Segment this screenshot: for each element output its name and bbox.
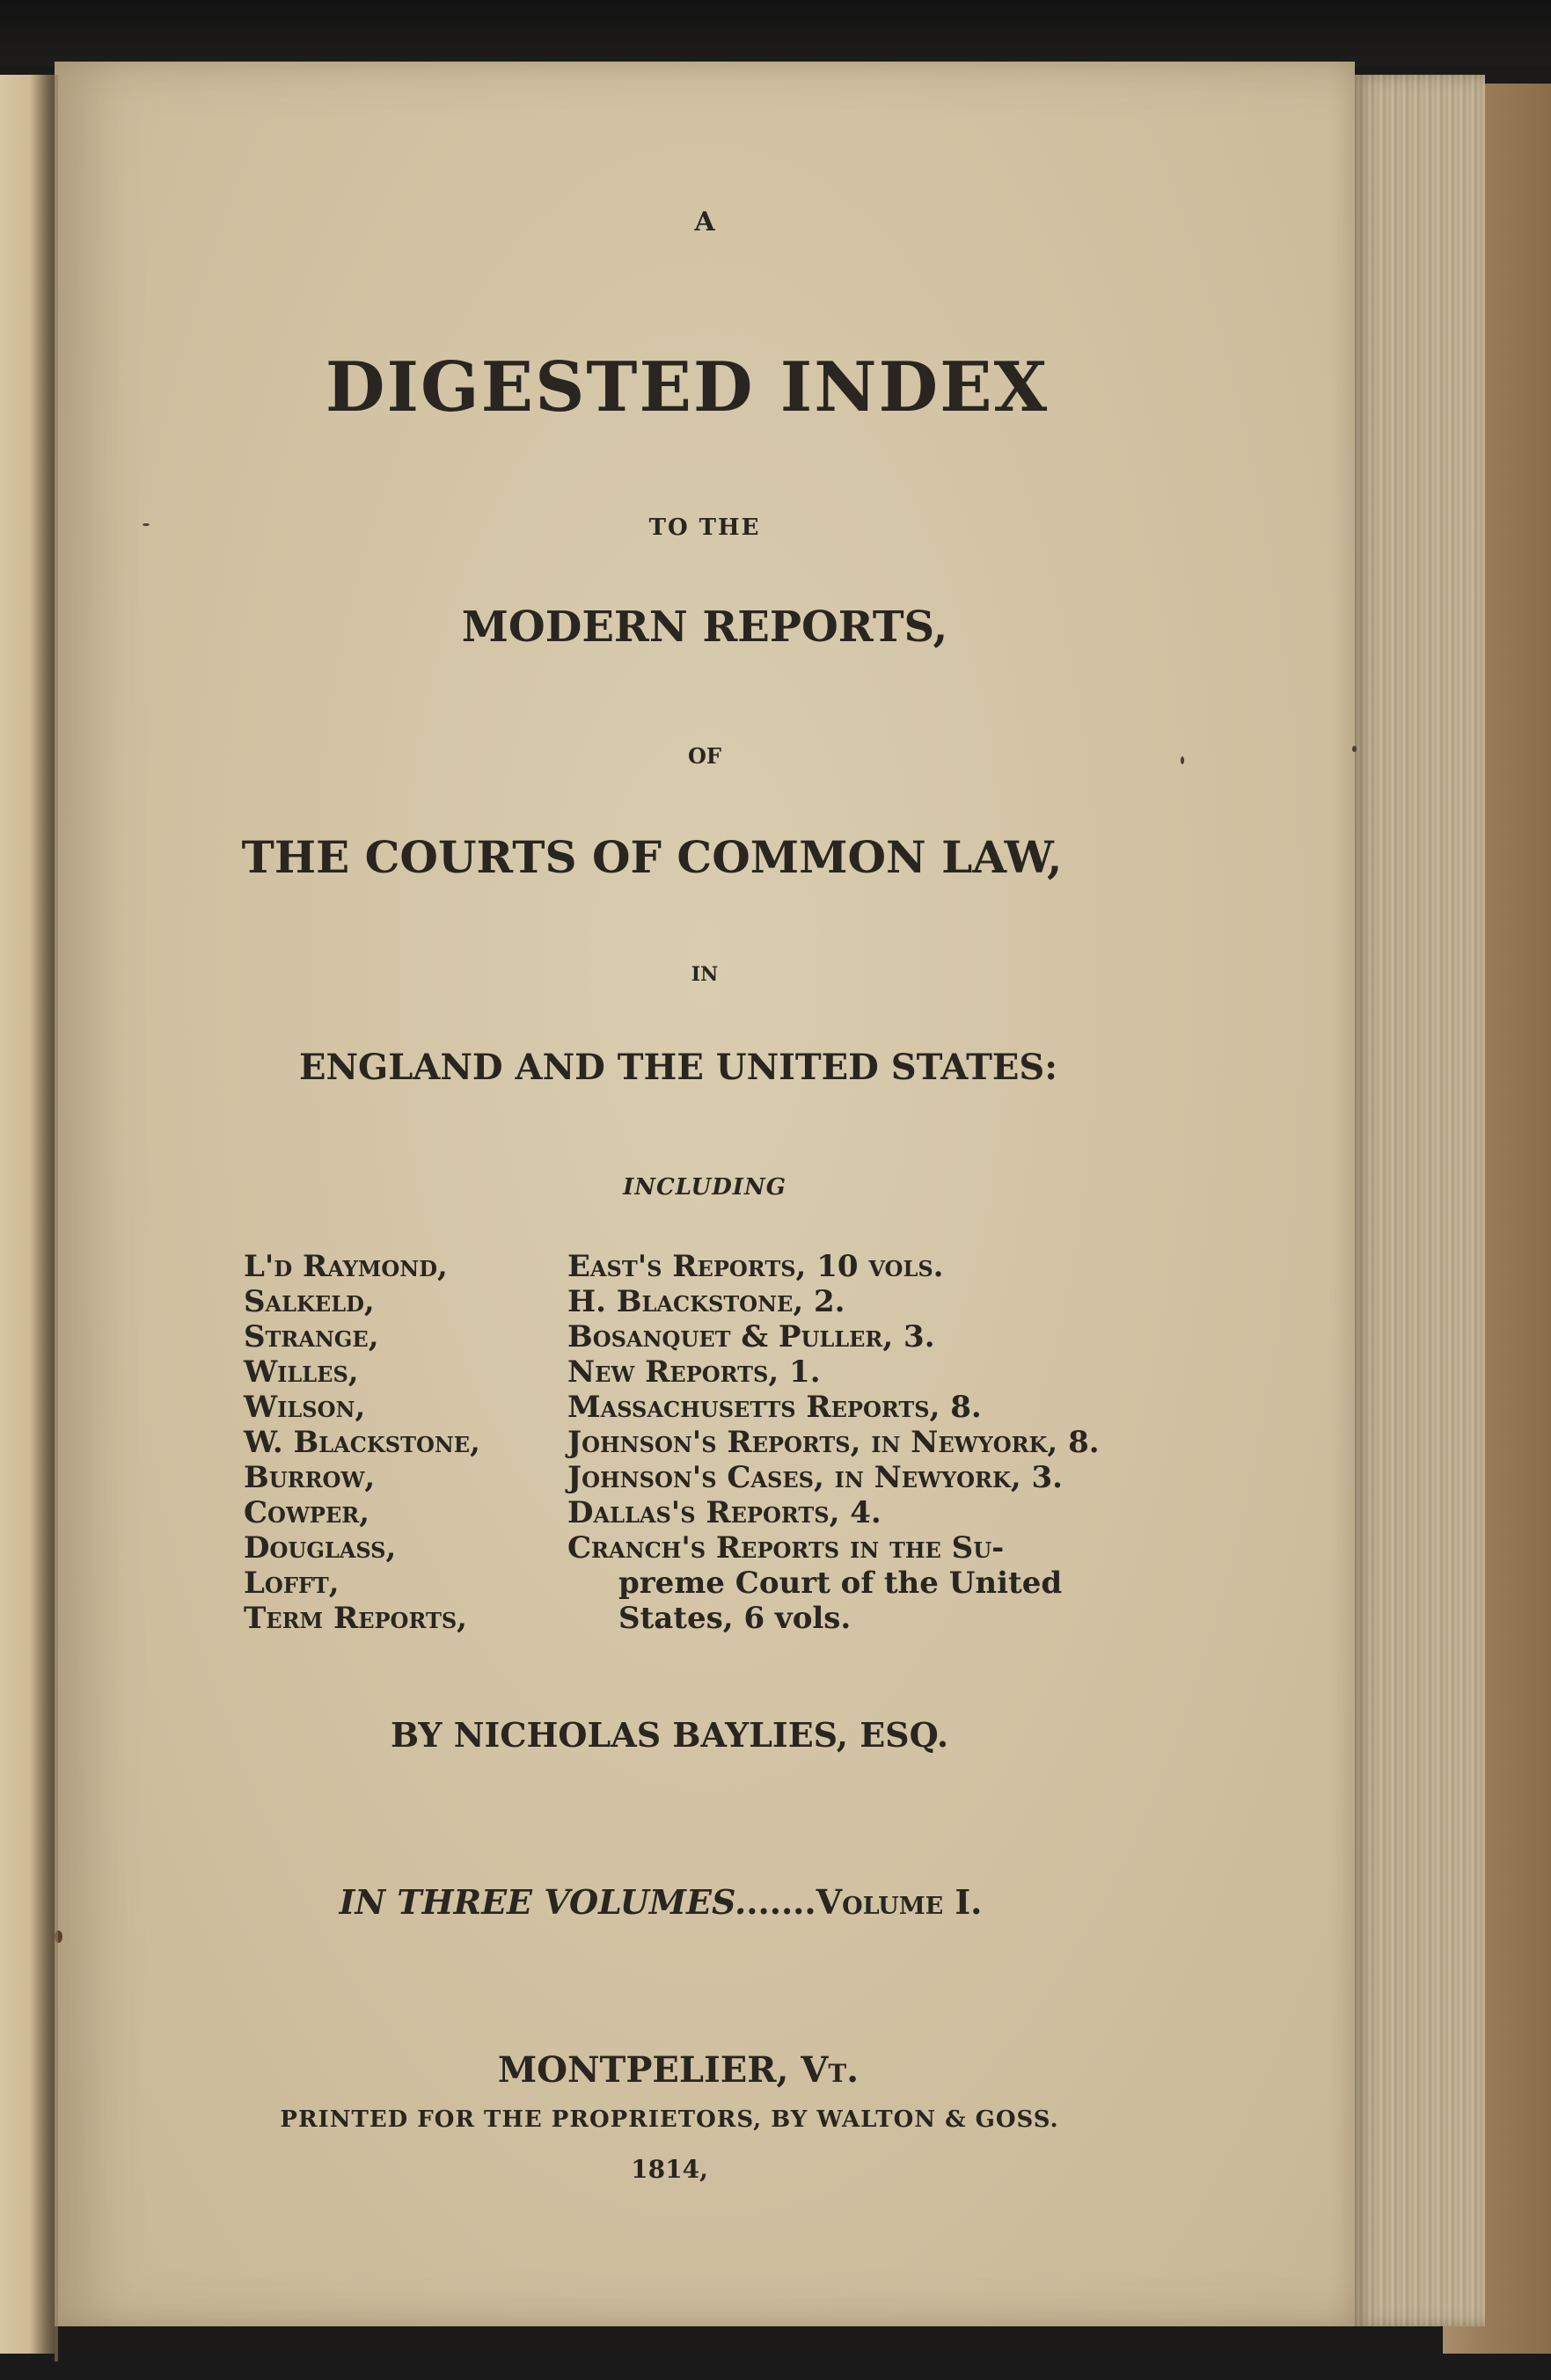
- imprint-year: 1814,: [19, 2155, 1320, 2184]
- title-main: DIGESTED INDEX: [37, 347, 1337, 427]
- report-item: L'd Raymond,: [244, 1249, 560, 1284]
- report-item: Dallas's Reports, 4.: [567, 1495, 1218, 1530]
- title-connector-in: IN: [55, 963, 1355, 986]
- report-item: Term Reports,: [244, 1601, 560, 1636]
- imprint-printer: PRINTED FOR THE PROPRIETORS, BY WALTON &…: [19, 2106, 1320, 2133]
- report-item: Strange,: [244, 1319, 560, 1354]
- report-item-continuation: States, 6 vols.: [567, 1601, 1218, 1636]
- title-courts: THE COURTS OF COMMON LAW,: [2, 831, 1302, 883]
- report-item: East's Reports, 10 vols.: [567, 1249, 1218, 1284]
- author-line: BY NICHOLAS BAYLIES, ESQ.: [19, 1715, 1320, 1755]
- report-item: W. Blackstone,: [244, 1425, 560, 1460]
- report-item: Cowper,: [244, 1495, 560, 1530]
- volumes-count: IN THREE VOLUMES.: [340, 1882, 747, 1922]
- report-item: Douglass,: [244, 1530, 560, 1566]
- reports-left-column: L'd Raymond, Salkeld, Strange, Willes, W…: [244, 1249, 560, 1636]
- report-item: Willes,: [244, 1354, 560, 1390]
- report-item: Salkeld,: [244, 1284, 560, 1319]
- title-subject: MODERN REPORTS,: [55, 602, 1355, 652]
- title-jurisdiction: ENGLAND AND THE UNITED STATES:: [28, 1047, 1328, 1088]
- report-item-continuation: preme Court of the United: [567, 1566, 1218, 1601]
- title-article: A: [55, 207, 1355, 237]
- scan-background-top: [0, 0, 1551, 66]
- paper-speck: [1352, 746, 1357, 752]
- reports-right-column: East's Reports, 10 vols. H. Blackstone, …: [567, 1249, 1218, 1636]
- paper-speck: [1181, 756, 1184, 764]
- imprint-place: MONTPELIER, Vt.: [28, 2049, 1328, 2091]
- report-item: Bosanquet & Puller, 3.: [567, 1319, 1218, 1354]
- volumes-line: IN THREE VOLUMES.......Volume I.: [11, 1882, 1311, 1922]
- report-item: H. Blackstone, 2.: [567, 1284, 1218, 1319]
- including-label: INCLUDING: [55, 1174, 1355, 1201]
- report-item: Burrow,: [244, 1460, 560, 1495]
- report-item: Wilson,: [244, 1390, 560, 1425]
- title-connector-of: OF: [55, 743, 1355, 769]
- report-item: Lofft,: [244, 1566, 560, 1601]
- report-item: New Reports, 1.: [567, 1354, 1218, 1390]
- page-gutter: [55, 75, 58, 2362]
- report-item: Cranch's Reports in the Su-: [567, 1530, 1218, 1566]
- title-page: A DIGESTED INDEX TO THE MODERN REPORTS, …: [55, 62, 1355, 2326]
- scan-background-bottom: [0, 2354, 1551, 2380]
- volume-number: Volume I.: [816, 1882, 983, 1922]
- report-item: Johnson's Reports, in Newyork, 8.: [567, 1425, 1218, 1460]
- page-block-edges: [1353, 75, 1485, 2326]
- report-item: Johnson's Cases, in Newyork, 3.: [567, 1460, 1218, 1495]
- title-connector-to-the: TO THE: [55, 515, 1355, 541]
- volumes-dots: ......: [746, 1882, 816, 1922]
- report-item: Massachusetts Reports, 8.: [567, 1390, 1218, 1425]
- paper-speck: [143, 523, 150, 526]
